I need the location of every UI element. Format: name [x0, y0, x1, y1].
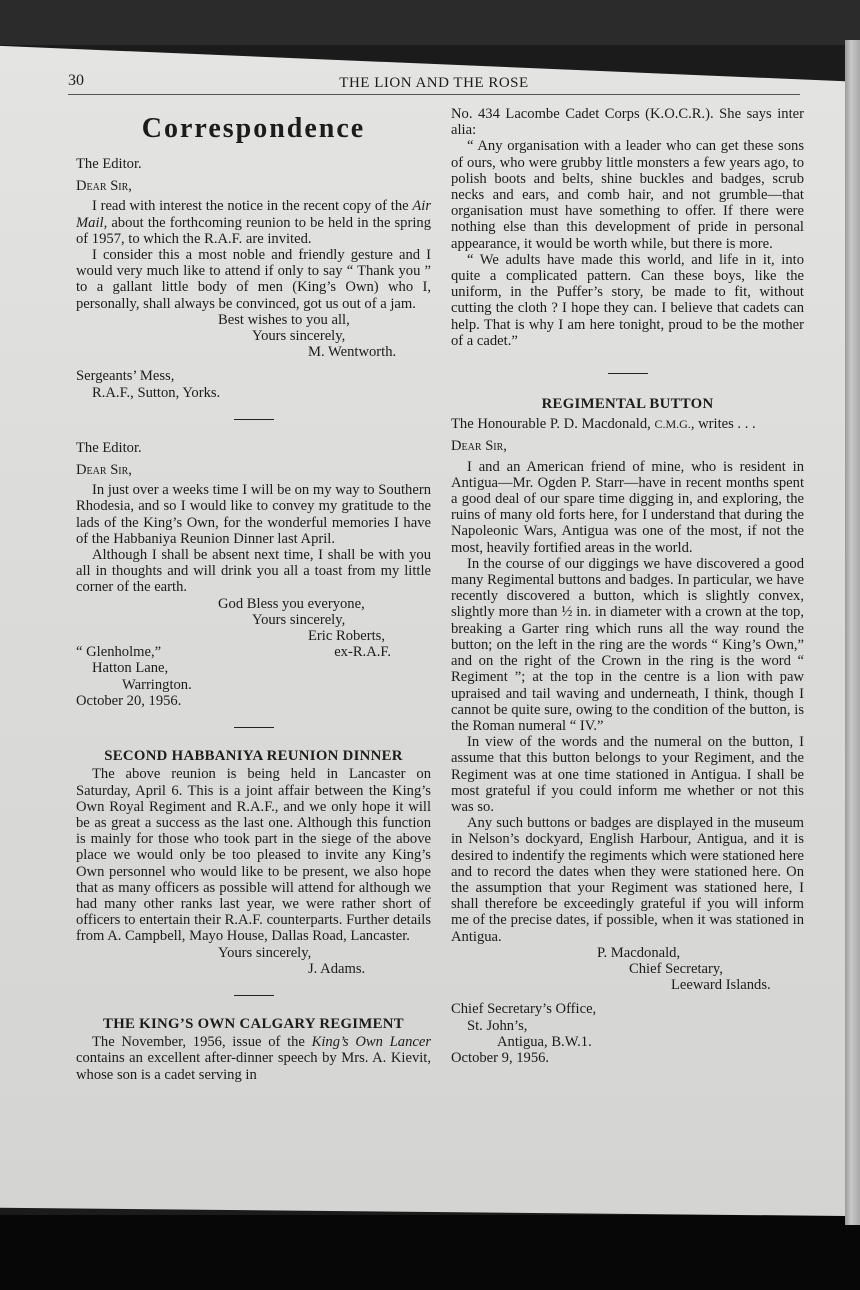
letter-paragraph: In view of the words and the numeral on … [451, 734, 804, 815]
left-column: Correspondence The Editor. Dear Sir, I r… [76, 112, 431, 1083]
sender-address: Warrington. [76, 677, 431, 693]
letter-paragraph: In just over a weeks time I will be on m… [76, 482, 431, 547]
letter-paragraph: Any such buttons or badges are displayed… [451, 815, 804, 945]
article-heading: REGIMENTAL BUTTON [451, 396, 804, 412]
address-row: “ Glenholme,” ex-R.A.F. [76, 644, 431, 660]
signature-title: Chief Secretary, [451, 961, 804, 977]
text-run: , writes . . . [691, 416, 756, 432]
section-divider [234, 995, 274, 996]
text-run: contains an excellent after-dinner speec… [76, 1050, 431, 1082]
sender-address: Sergeants’ Mess, [76, 368, 431, 384]
letter-wentworth: The Editor. Dear Sir, I read with intere… [76, 156, 431, 401]
salutation: Dear Sir, [451, 438, 804, 454]
letter-paragraph: In the course of our diggings we have di… [451, 556, 804, 734]
text-run: I read with interest the notice in the r… [92, 198, 412, 214]
photo-backdrop-bottom [0, 1215, 860, 1290]
addressee: The Editor. [76, 440, 431, 456]
section-divider [608, 373, 648, 374]
running-head: 30 THE LION AND THE ROSE [68, 72, 800, 95]
quote-paragraph: “ Any organisation with a leader who can… [451, 138, 804, 251]
section-divider [234, 727, 274, 728]
journal-title: THE LION AND THE ROSE [68, 75, 800, 92]
salutation: Dear Sir, [76, 178, 431, 194]
closing: Best wishes to you all, [76, 312, 431, 328]
article-reunion-dinner: SECOND HABBANIYA REUNION DINNER The abov… [76, 748, 431, 977]
sender-address: Chief Secretary’s Office, [451, 1001, 804, 1017]
closing: God Bless you everyone, [76, 596, 431, 612]
article-regimental-button: REGIMENTAL BUTTON The Honourable P. D. M… [451, 396, 804, 1066]
right-column: No. 434 Lacombe Cadet Corps (K.O.C.R.). … [451, 106, 804, 1066]
photo-backdrop-top [0, 0, 860, 45]
signature: J. Adams. [76, 961, 431, 977]
text-run: The Honourable P. D. Macdonald, [451, 416, 654, 432]
article-calgary-continued: No. 434 Lacombe Cadet Corps (K.O.C.R.). … [451, 106, 804, 349]
sender-address: R.A.F., Sutton, Yorks. [76, 385, 431, 401]
byline: The Honourable P. D. Macdonald, C.M.G., … [451, 416, 804, 432]
letter-date: October 20, 1956. [76, 693, 431, 709]
letter-date: October 9, 1956. [451, 1050, 804, 1066]
article-calgary-regiment: THE KING’S OWN CALGARY REGIMENT The Nove… [76, 1016, 431, 1083]
quote-paragraph: “ We adults have made this world, and li… [451, 252, 804, 349]
letter-roberts: The Editor. Dear Sir, In just over a wee… [76, 440, 431, 709]
section-divider [234, 419, 274, 420]
sender-address: “ Glenholme,” [76, 644, 161, 660]
article-heading: SECOND HABBANIYA REUNION DINNER [76, 748, 431, 764]
article-paragraph: The November, 1956, issue of the King’s … [76, 1034, 431, 1083]
letter-paragraph: I and an American friend of mine, who is… [451, 459, 804, 556]
section-masthead: Correspondence [76, 112, 431, 146]
letter-paragraph: Although I shall be absent next time, I … [76, 547, 431, 596]
closing: Yours sincerely, [76, 612, 431, 628]
signature-title: ex-R.A.F. [334, 644, 431, 660]
signature: M. Wentworth. [76, 344, 431, 360]
salutation: Dear Sir, [76, 462, 431, 478]
text-run: The November, 1956, issue of the [92, 1034, 312, 1050]
closing: Yours sincerely, [76, 328, 431, 344]
page-edge [845, 40, 860, 1225]
article-paragraph: No. 434 Lacombe Cadet Corps (K.O.C.R.). … [451, 106, 804, 138]
letter-paragraph: I read with interest the notice in the r… [76, 198, 431, 247]
signature-title: Leeward Islands. [451, 977, 804, 993]
sender-address: Hatton Lane, [76, 660, 431, 676]
addressee: The Editor. [76, 156, 431, 172]
sender-address: St. John’s, [451, 1018, 804, 1034]
article-paragraph: The above reunion is being held in Lanca… [76, 766, 431, 944]
article-heading: THE KING’S OWN CALGARY REGIMENT [76, 1016, 431, 1032]
text-run: , about the forthcoming reunion to be he… [76, 215, 431, 247]
honour-abbrev: C.M.G. [654, 417, 690, 431]
closing: Yours sincerely, [76, 945, 431, 961]
publication-title: King’s Own Lancer [312, 1034, 431, 1050]
signature: P. Macdonald, [451, 945, 804, 961]
signature: Eric Roberts, [76, 628, 431, 644]
sender-address: Antigua, B.W.1. [451, 1034, 804, 1050]
letter-paragraph: I consider this a most noble and friendl… [76, 247, 431, 312]
